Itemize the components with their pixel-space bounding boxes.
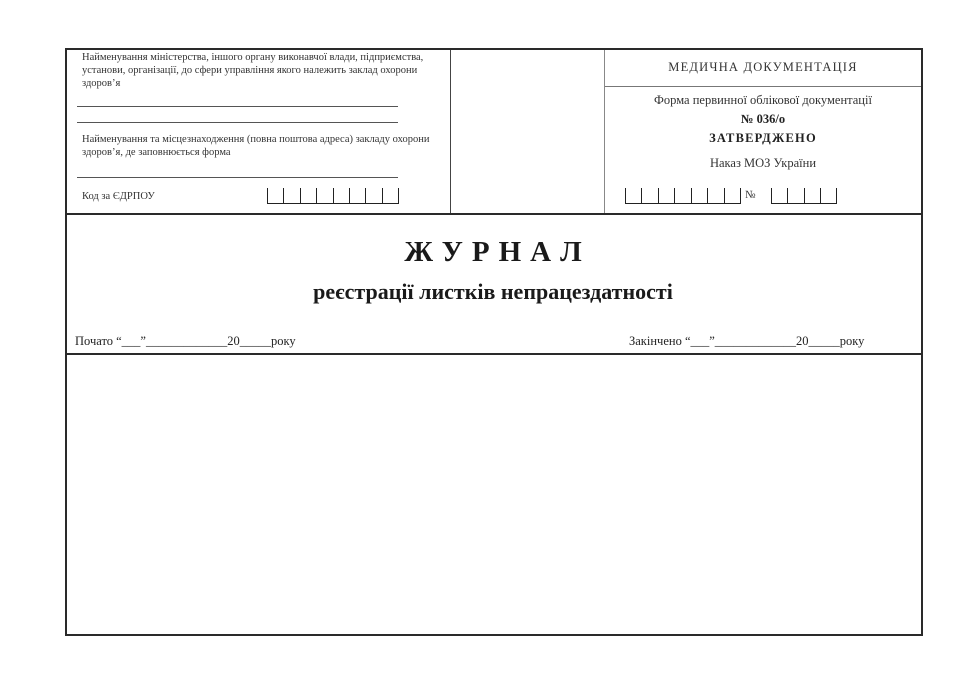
ministry-line-2[interactable] bbox=[77, 122, 398, 123]
cell-tick bbox=[382, 188, 383, 203]
cell-tick bbox=[771, 188, 772, 203]
header-divider-left bbox=[450, 50, 451, 214]
cell-tick bbox=[398, 188, 399, 203]
cell-tick bbox=[674, 188, 675, 203]
cell-tick bbox=[820, 188, 821, 203]
institution-line[interactable] bbox=[77, 177, 398, 178]
journal-body bbox=[67, 356, 919, 632]
started-date[interactable]: Почато “___”_____________20_____року bbox=[75, 334, 296, 349]
cell-tick bbox=[724, 188, 725, 203]
cell-tick bbox=[625, 188, 626, 203]
cell-tick bbox=[641, 188, 642, 203]
cell-tick bbox=[787, 188, 788, 203]
cell-tick bbox=[658, 188, 659, 203]
cell-tick bbox=[365, 188, 366, 203]
cell-tick bbox=[349, 188, 350, 203]
approved-label: ЗАТВЕРДЖЕНО bbox=[605, 131, 921, 146]
cell-tick bbox=[836, 188, 837, 203]
finished-date[interactable]: Закінчено “___”_____________20_____року bbox=[629, 334, 864, 349]
cell-tick bbox=[267, 188, 268, 203]
doc-type-label: МЕДИЧНА ДОКУМЕНТАЦІЯ bbox=[605, 60, 921, 75]
journal-title: ЖУРНАЛ bbox=[65, 236, 921, 269]
order-label: Наказ МОЗ України bbox=[605, 156, 921, 171]
ministry-label: Найменування міністерства, іншого органу… bbox=[82, 51, 447, 90]
cell-tick bbox=[300, 188, 301, 203]
order-date-field[interactable] bbox=[625, 188, 741, 204]
edrpou-label: Код за ЄДРПОУ bbox=[82, 190, 155, 203]
edrpou-code-field[interactable] bbox=[267, 188, 399, 204]
cell-tick bbox=[333, 188, 334, 203]
cell-tick bbox=[283, 188, 284, 203]
cell-tick bbox=[707, 188, 708, 203]
cell-tick bbox=[804, 188, 805, 203]
cell-tick bbox=[691, 188, 692, 203]
form-label: Форма первинної облікової документації bbox=[605, 93, 921, 108]
header-bottom-line bbox=[65, 213, 921, 215]
doc-type-divider bbox=[605, 86, 921, 87]
title-bottom-line bbox=[65, 353, 921, 355]
journal-subtitle: реєстрації листків непрацездатності bbox=[65, 279, 921, 305]
form-number: № 036/о bbox=[605, 112, 921, 127]
number-sign: № bbox=[745, 189, 756, 201]
institution-label: Найменування та місцезнаходження (повна … bbox=[82, 133, 447, 159]
order-number-field[interactable] bbox=[771, 188, 837, 204]
cell-tick bbox=[740, 188, 741, 203]
cell-tick bbox=[316, 188, 317, 203]
ministry-line-1[interactable] bbox=[77, 106, 398, 107]
